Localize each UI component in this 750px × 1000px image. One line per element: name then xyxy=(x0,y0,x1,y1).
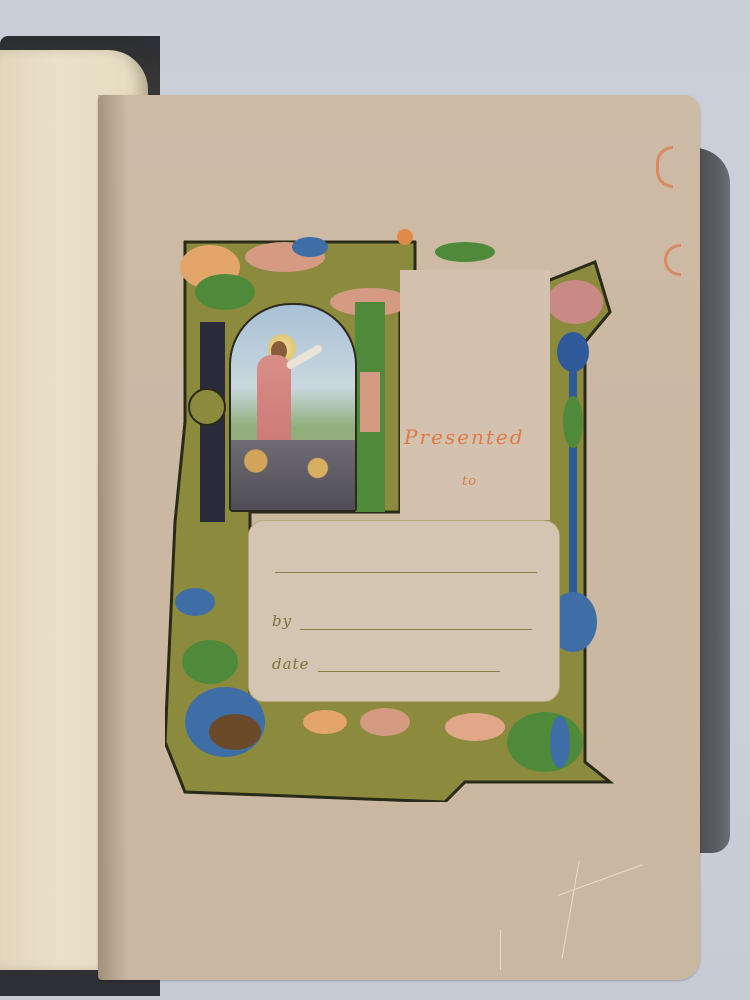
by-line[interactable] xyxy=(300,629,532,630)
religious-illustration xyxy=(229,303,357,512)
date-label: date xyxy=(272,655,309,673)
by-label: by xyxy=(272,612,292,630)
crowd xyxy=(231,440,355,510)
date-line[interactable] xyxy=(318,671,500,672)
gutter-shadow xyxy=(98,95,128,980)
inscription-panel xyxy=(248,520,560,702)
page-crack xyxy=(500,930,501,970)
photo-scene: Presented to by date xyxy=(0,0,750,1000)
illuminated-border xyxy=(165,222,625,802)
to-label: to xyxy=(462,474,477,489)
presented-heading: Presented xyxy=(404,425,525,449)
recipient-line[interactable] xyxy=(275,572,537,573)
